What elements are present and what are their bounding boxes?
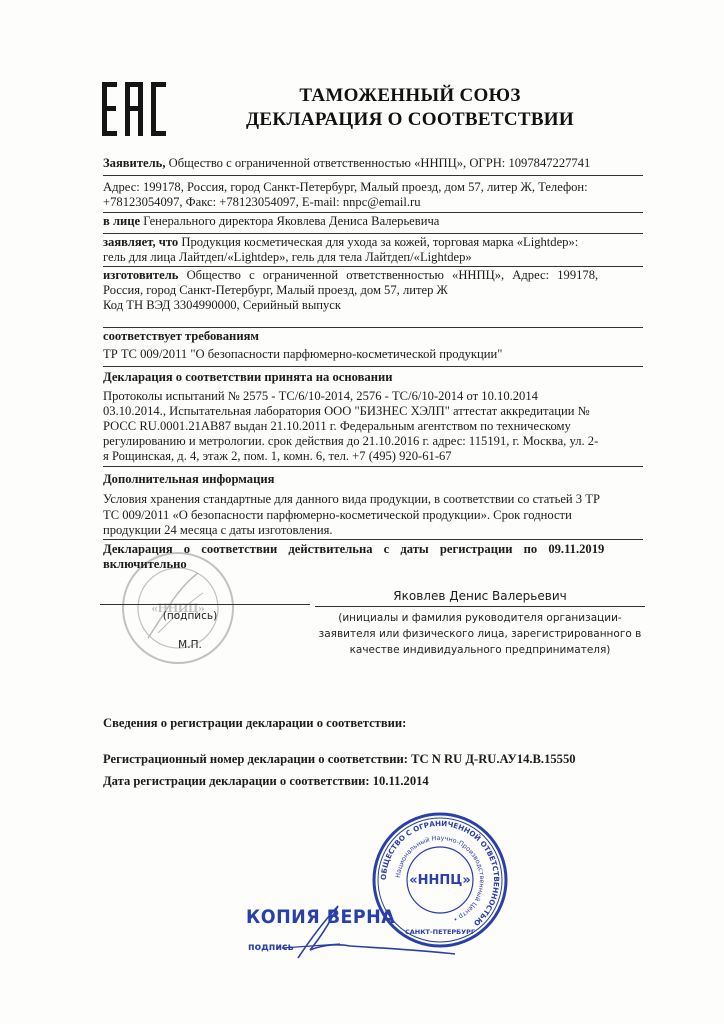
eac-mark-icon xyxy=(100,80,170,138)
divider xyxy=(103,366,643,367)
divider xyxy=(103,539,643,540)
represented-row: в лице Генерального директора Яковлева Д… xyxy=(103,214,439,229)
basis-line5: я Рощинская, д. 4, этаж 2, пом. 1, комн.… xyxy=(103,449,452,464)
additional-line2: ТС 009/2011 «О безопасности парфюмерно-к… xyxy=(103,508,572,523)
manufacturer-label: изготовитель xyxy=(103,268,178,282)
manufacturer-line3: Код ТН ВЭД 3304990000, Серийный выпуск xyxy=(103,298,341,313)
registration-number-value: ТС N RU Д-RU.АУ14.В.15550 xyxy=(411,752,575,766)
divider xyxy=(103,233,643,234)
conforms-label: соответствует требованиям xyxy=(103,329,259,344)
basis-line3: РОСС RU.0001.21АВ87 выдан 21.10.2011 г. … xyxy=(103,419,571,434)
additional-line1: Условия хранения стандартные для данного… xyxy=(103,492,600,507)
divider xyxy=(103,175,643,176)
declares-line1: заявляет, что Продукция косметическая дл… xyxy=(103,235,578,250)
divider xyxy=(103,327,643,328)
additional-line3: продукции 24 месяца с даты изготовления. xyxy=(103,523,333,538)
conforms-value: ТР ТС 009/2011 "О безопасности парфюмерн… xyxy=(103,347,502,362)
applicant-address-line2: +78123054097, Факс: +78123054097, E-mail… xyxy=(103,195,421,210)
title-line-customs-union: ТАМОЖЕННЫЙ СОЮЗ xyxy=(200,84,620,108)
handwritten-signature-icon xyxy=(280,900,460,970)
represented-label: в лице xyxy=(103,214,140,228)
registration-number-label: Регистрационный номер декларации о соотв… xyxy=(103,752,411,766)
divider xyxy=(103,212,643,213)
signer-note-line3: качестве индивидуального предпринимателя… xyxy=(315,642,645,658)
registration-date-row: Дата регистрации декларации о соответств… xyxy=(103,774,429,789)
represented-value: Генерального директора Яковлева Дениса В… xyxy=(140,214,439,228)
signature-caption: (подпись) xyxy=(140,608,240,624)
stamp-center-text: «ННПЦ» xyxy=(409,873,471,888)
title-line-declaration: ДЕКЛАРАЦИЯ О СООТВЕТСТВИИ xyxy=(200,108,620,132)
document-title: ТАМОЖЕННЫЙ СОЮЗ ДЕКЛАРАЦИЯ О СООТВЕТСТВИ… xyxy=(200,84,620,132)
signer-line xyxy=(315,606,645,607)
declares-line2: гель для лица Лайтдеп/«Lightdep», гель д… xyxy=(103,250,472,265)
additional-label: Дополнительная информация xyxy=(103,472,274,487)
divider xyxy=(103,466,643,467)
declaration-page: ТАМОЖЕННЫЙ СОЮЗ ДЕКЛАРАЦИЯ О СООТВЕТСТВИ… xyxy=(0,0,724,1024)
basis-line4: регулированию и метрологии. срок действи… xyxy=(103,434,598,449)
registration-date-label: Дата регистрации декларации о соответств… xyxy=(103,774,373,788)
applicant-label: Заявитель, xyxy=(103,156,165,170)
manufacturer-line2: Россия, город Санкт-Петербург, Малый про… xyxy=(103,283,448,298)
signer-note-line2: заявителя или физического лица, зарегист… xyxy=(315,626,645,642)
basis-line1: Протоколы испытаний № 2575 - ТС/6/10-201… xyxy=(103,389,538,404)
manufacturer-line1: изготовитель Общество с ограниченной отв… xyxy=(103,268,643,283)
applicant-value: Общество с ограниченной ответственностью… xyxy=(165,156,590,170)
applicant-row: Заявитель, Общество с ограниченной ответ… xyxy=(103,156,590,171)
basis-line2: 03.10.2014., Испытательная лаборатория О… xyxy=(103,404,590,419)
basis-label: Декларация о соответствии принята на осн… xyxy=(103,370,392,385)
registration-heading: Сведения о регистрации декларации о соот… xyxy=(103,716,406,731)
applicant-address-line1: Адрес: 199178, Россия, город Санкт-Петер… xyxy=(103,180,588,195)
signature-line xyxy=(100,604,310,605)
registration-date-value: 10.11.2014 xyxy=(373,774,429,788)
seal-caption: М.П. xyxy=(140,637,240,653)
signer-note: (инициалы и фамилия руководителя организ… xyxy=(315,610,645,658)
declares-value: Продукция косметическая для ухода за кож… xyxy=(178,235,578,249)
signer-note-line1: (инициалы и фамилия руководителя организ… xyxy=(315,610,645,626)
registration-number-row: Регистрационный номер декларации о соотв… xyxy=(103,752,576,767)
signer-name: Яковлев Денис Валерьевич xyxy=(315,589,645,603)
divider xyxy=(103,266,643,267)
declares-label: заявляет, что xyxy=(103,235,178,249)
manufacturer-value: Общество с ограниченной ответственностью… xyxy=(178,268,598,282)
